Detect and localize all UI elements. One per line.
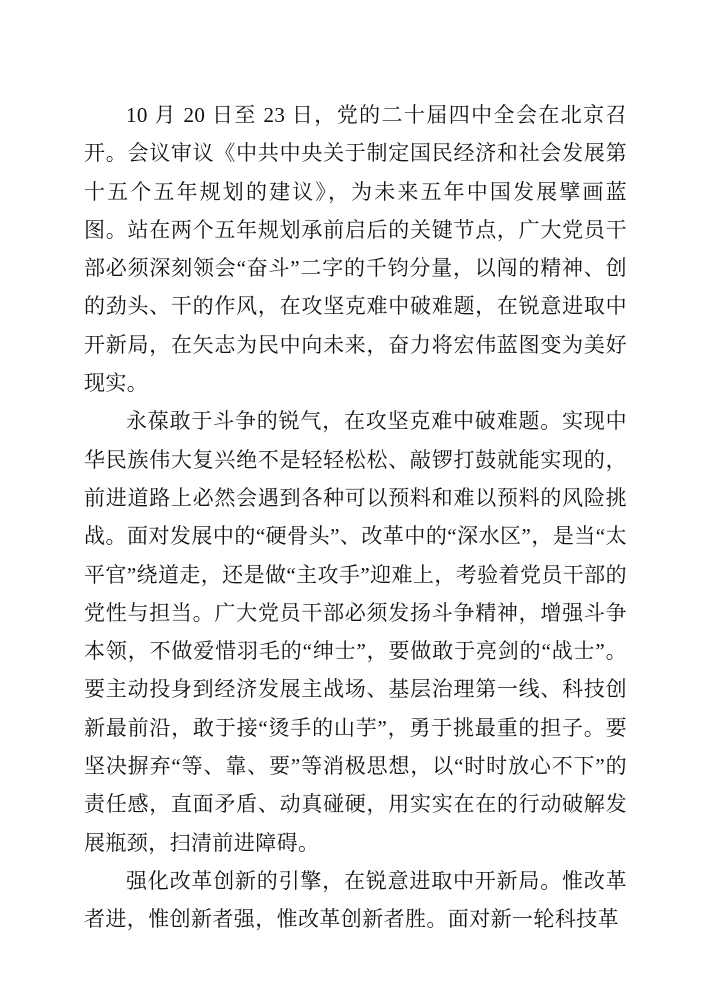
paragraph-3-truncated: 强化改革创新的引擎，在锐意进取中开新局。惟改革者进，惟创新者强，惟改革创新者胜。… xyxy=(84,862,627,939)
paragraph-1: 10 月 20 日至 23 日，党的二十届四中全会在北京召开。会议审议《中共中央… xyxy=(84,96,627,402)
document-body: 10 月 20 日至 23 日，党的二十届四中全会在北京召开。会议审议《中共中央… xyxy=(84,96,627,939)
paragraph-2: 永葆敢于斗争的锐气，在攻坚克难中破难题。实现中华民族伟大复兴绝不是轻轻松松、敲锣… xyxy=(84,402,627,862)
document-page: 10 月 20 日至 23 日，党的二十届四中全会在北京召开。会议审议《中共中央… xyxy=(0,0,711,1006)
